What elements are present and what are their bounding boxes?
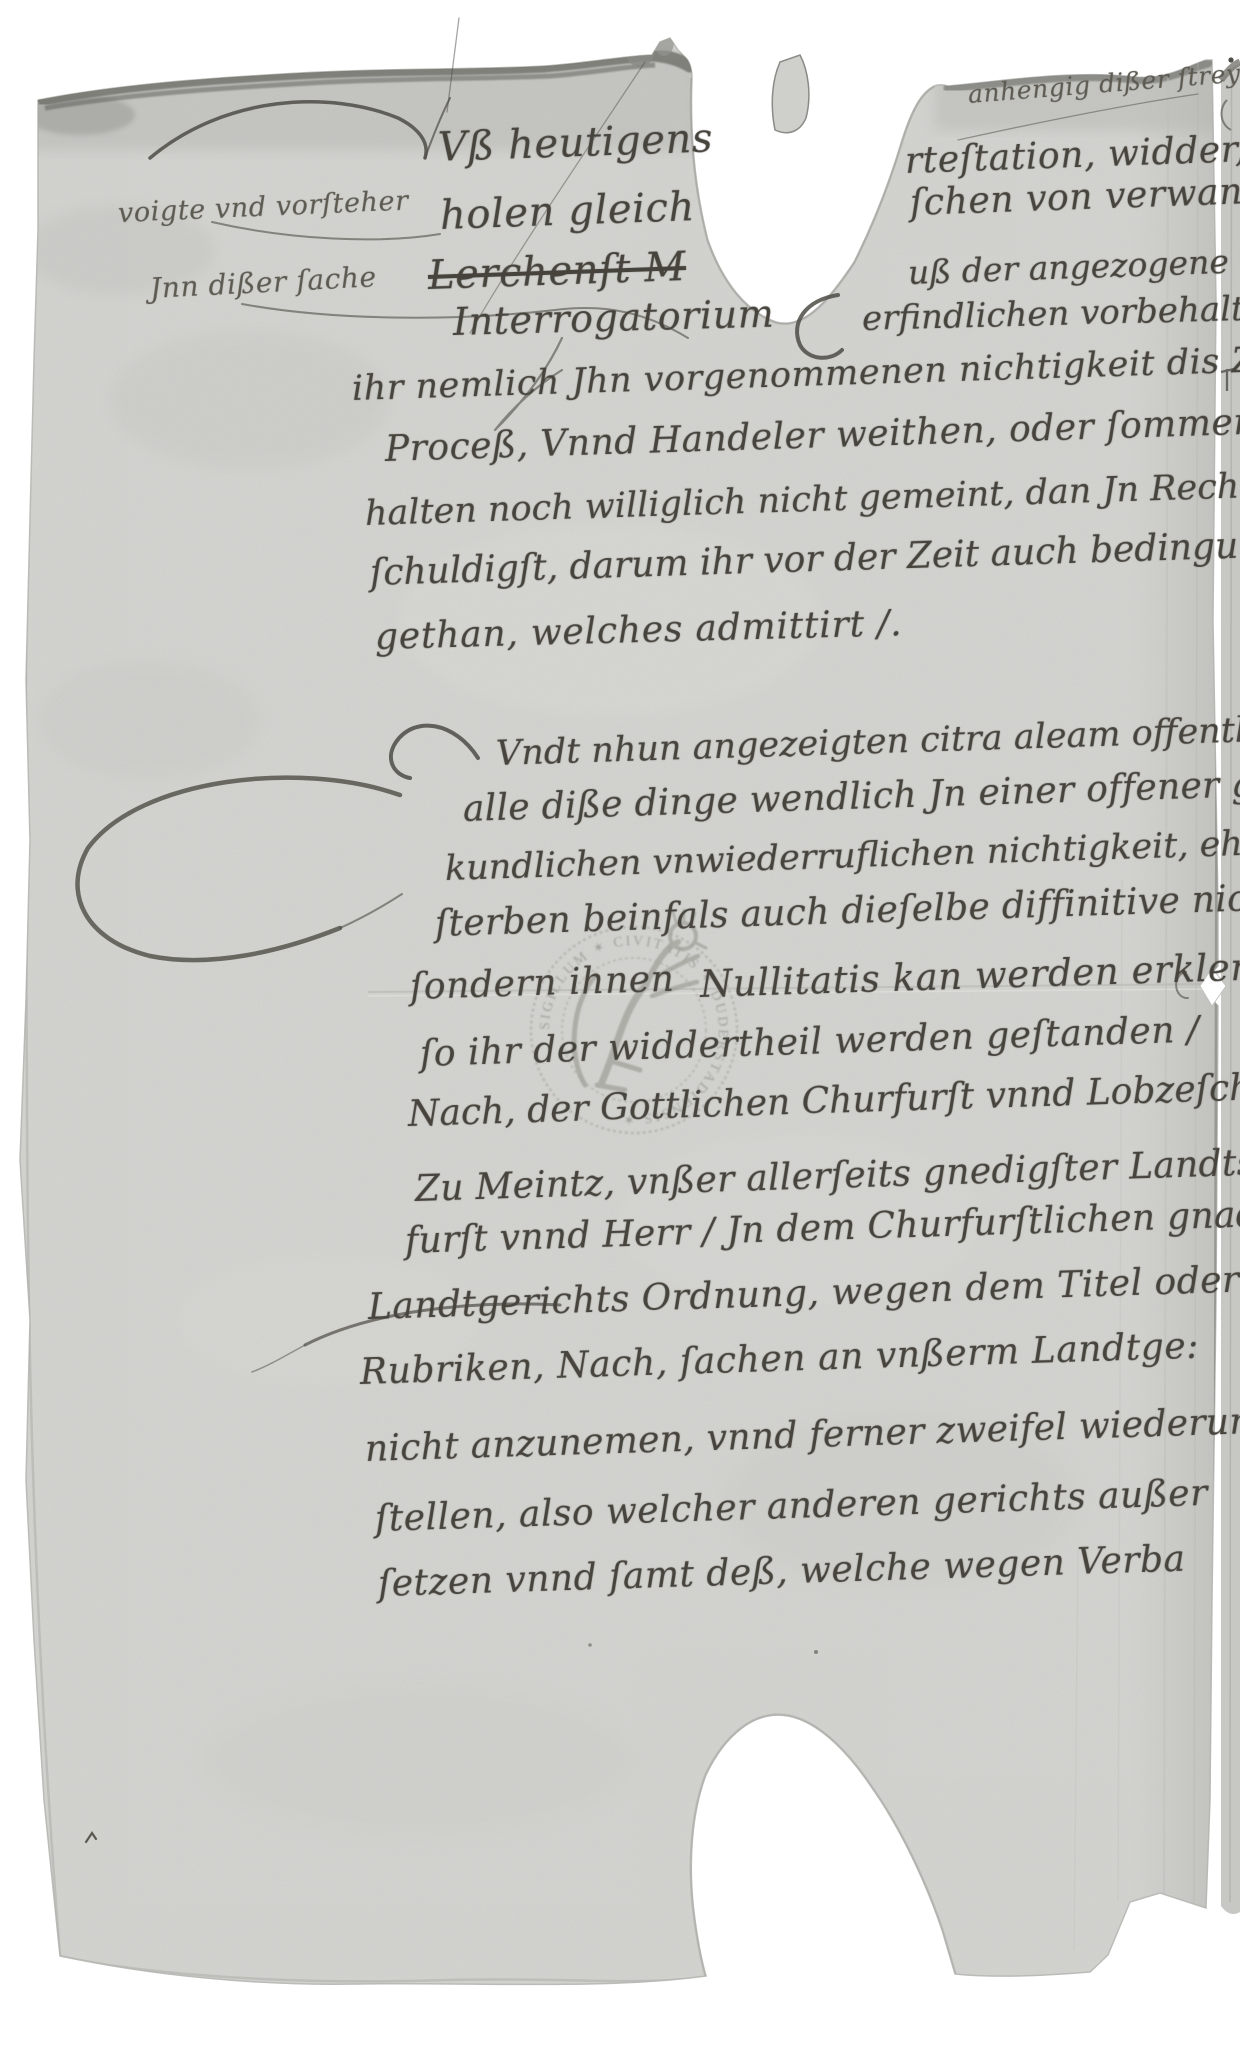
paper-surface [0, 0, 1240, 2045]
torn-paper-tab [772, 55, 809, 133]
manuscript-scan: SIGILLUM ✶ CIVITATIS ✶ DUDERSTADIENSIS ✶ [0, 0, 1240, 2045]
paper-artwork: SIGILLUM ✶ CIVITATIS ✶ DUDERSTADIENSIS ✶ [0, 0, 1240, 2045]
stray-ink-dot [1228, 57, 1233, 62]
